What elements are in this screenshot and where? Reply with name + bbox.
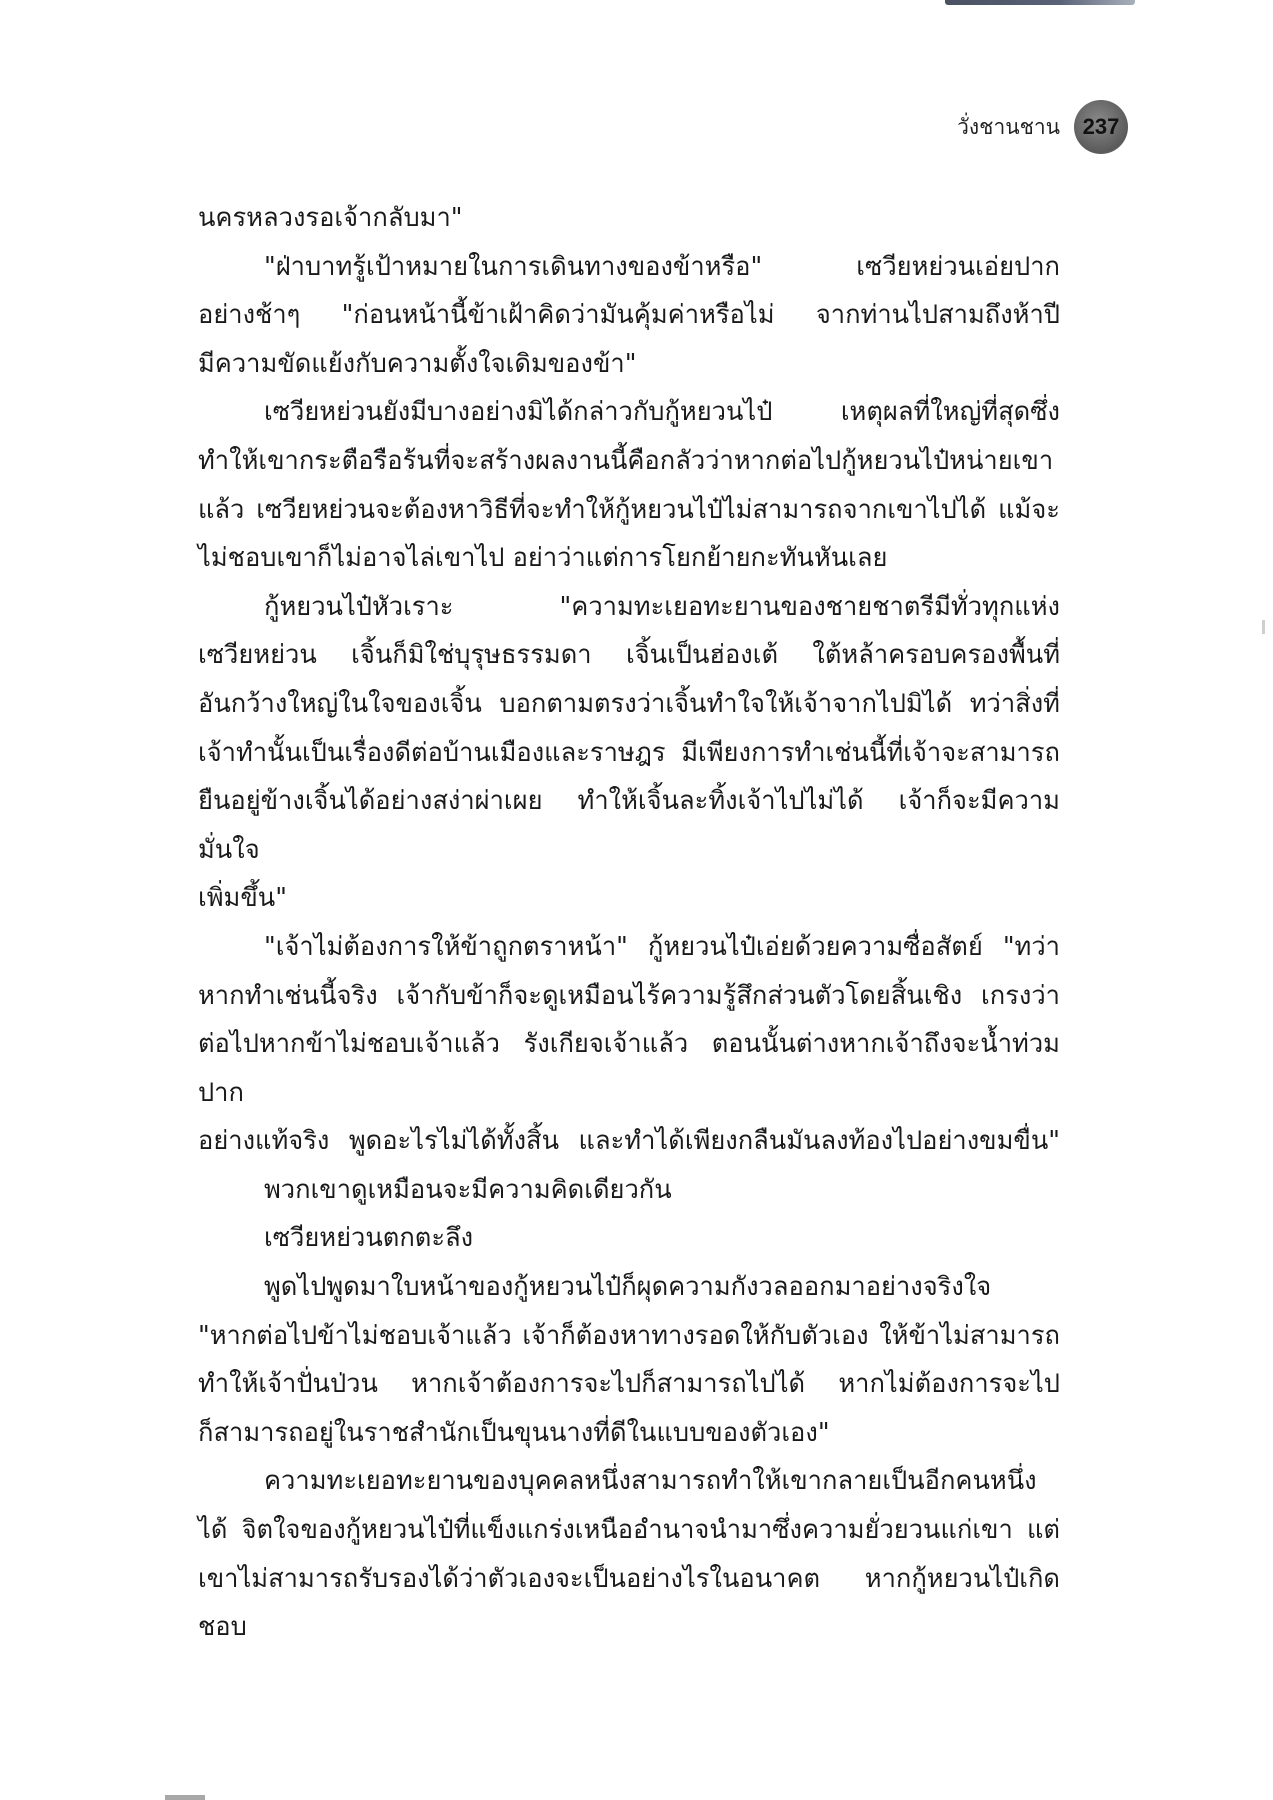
text-line: มีความขัดแย้งกับความตั้งใจเดิมของข้า" (198, 340, 1060, 389)
text-line: ทำให้เขากระตือรือร้นที่จะสร้างผลงานนี้คื… (198, 437, 1060, 486)
text-line: "เจ้าไม่ต้องการให้ข้าถูกตราหน้า" กู้หยวน… (198, 923, 1060, 972)
text-line: "ฝ่าบาทรู้เป้าหมายในการเดินทางของข้าหรือ… (198, 243, 1060, 292)
page-header: วั่งชานชาน 237 (957, 100, 1128, 154)
scan-side-artifact (1262, 620, 1265, 634)
text-line: ได้ จิตใจของกู้หยวนไป๋ที่แข็งแกร่งเหนืออ… (198, 1506, 1060, 1555)
text-line: ยืนอยู่ข้างเจิ้นได้อย่างสง่าผ่าเผย ทำให้… (198, 777, 1060, 874)
text-line: ต่อไปหากข้าไม่ชอบเจ้าแล้ว รังเกียจเจ้าแล… (198, 1020, 1060, 1117)
text-line: ก็สามารถอยู่ในราชสำนักเป็นขุนนางที่ดีในแ… (198, 1409, 1060, 1458)
text-line: หากทำเช่นนี้จริง เจ้ากับข้าก็จะดูเหมือนไ… (198, 972, 1060, 1021)
text-line: อย่างช้าๆ "ก่อนหน้านี้ข้าเฝ้าคิดว่ามันคุ… (198, 291, 1060, 340)
text-line: อย่างแท้จริง พูดอะไรไม่ได้ทั้งสิ้น และทำ… (198, 1117, 1060, 1166)
scan-bottom-artifact (165, 1795, 205, 1800)
text-line: อันกว้างใหญ่ในใจของเจิ้น บอกตามตรงว่าเจิ… (198, 680, 1060, 729)
scan-edge-artifact (945, 0, 1135, 5)
page-number-badge: 237 (1074, 100, 1128, 154)
text-line: เพิ่มขึ้น" (198, 874, 1060, 923)
text-line: "หากต่อไปข้าไม่ชอบเจ้าแล้ว เจ้าก็ต้องหาท… (198, 1312, 1060, 1361)
text-line: ไม่ชอบเขาก็ไม่อาจไล่เขาไป อย่าว่าแต่การโ… (198, 534, 1060, 583)
body-text: นครหลวงรอเจ้ากลับมา""ฝ่าบาทรู้เป้าหมายใน… (198, 194, 1060, 1652)
text-line: เซวียหย่วนตกตะลึง (198, 1214, 1060, 1263)
text-line: ความทะเยอทะยานของบุคคลหนึ่งสามารถทำให้เข… (198, 1457, 1060, 1506)
text-line: เจ้าทำนั้นเป็นเรื่องดีต่อบ้านเมืองและราษ… (198, 729, 1060, 778)
running-title: วั่งชานชาน (957, 111, 1060, 144)
text-line: แล้ว เซวียหย่วนจะต้องหาวิธีที่จะทำให้กู้… (198, 486, 1060, 535)
text-line: นครหลวงรอเจ้ากลับมา" (198, 194, 1060, 243)
text-line: เซวียหย่วนยังมีบางอย่างมิได้กล่าวกับกู้ห… (198, 388, 1060, 437)
text-line: เขาไม่สามารถรับรองได้ว่าตัวเองจะเป็นอย่า… (198, 1555, 1060, 1652)
text-line: ทำให้เจ้าปั่นป่วน หากเจ้าต้องการจะไปก็สา… (198, 1360, 1060, 1409)
text-line: เซวียหย่วน เจิ้นก็มิใช่บุรุษธรรมดา เจิ้น… (198, 631, 1060, 680)
text-line: กู้หยวนไป๋หัวเราะ "ความทะเยอทะยานของชายช… (198, 583, 1060, 632)
text-line: พูดไปพูดมาใบหน้าของกู้หยวนไป๋ก็ผุดความกั… (198, 1263, 1060, 1312)
text-line: พวกเขาดูเหมือนจะมีความคิดเดียวกัน (198, 1166, 1060, 1215)
